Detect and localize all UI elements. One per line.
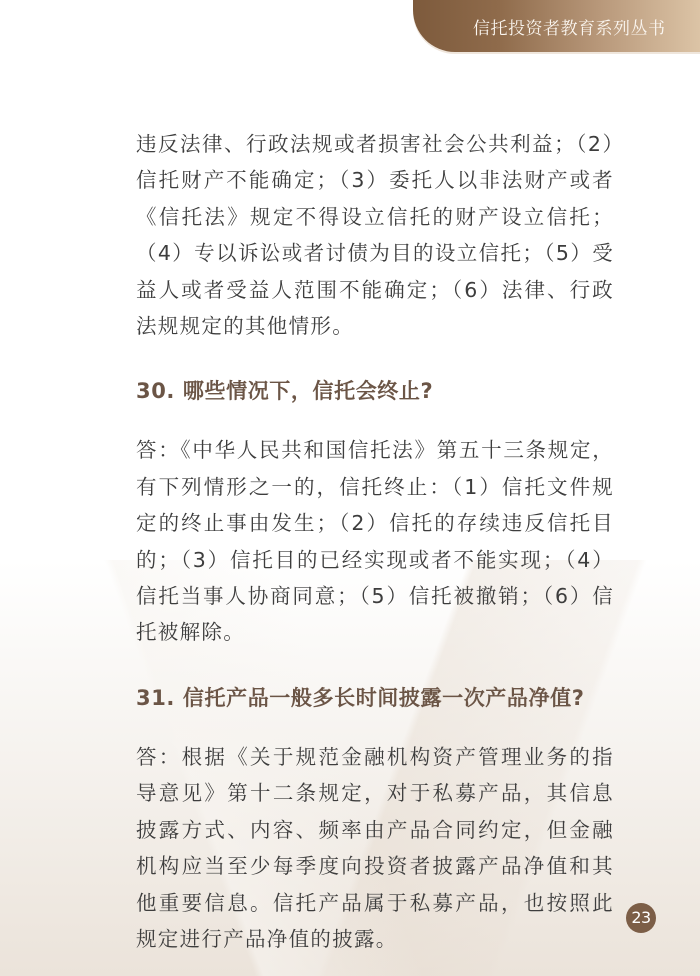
answer-paragraph-31: 答：根据《关于规范金融机构资产管理业务的指导意见》第十二条规定，对于私募产品，其… <box>136 739 614 957</box>
question-heading-31: 31. 信托产品一般多长时间披露一次产品净值? <box>136 683 614 713</box>
answer-paragraph-30: 答：《中华人民共和国信托法》第五十三条规定，有下列情形之一的，信托终止：（1）信… <box>136 432 614 650</box>
header-banner: 信托投资者教育系列丛书 <box>413 0 700 52</box>
page-number-badge: 23 <box>626 903 656 933</box>
intro-paragraph: 违反法律、行政法规或者损害社会公共利益；（2）信托财产不能确定；（3）委托人以非… <box>136 126 614 344</box>
question-heading-30: 30. 哪些情况下，信托会终止? <box>136 376 614 406</box>
page-content: 违反法律、行政法规或者损害社会公共利益；（2）信托财产不能确定；（3）委托人以非… <box>136 126 614 957</box>
series-title: 信托投资者教育系列丛书 <box>473 14 666 39</box>
